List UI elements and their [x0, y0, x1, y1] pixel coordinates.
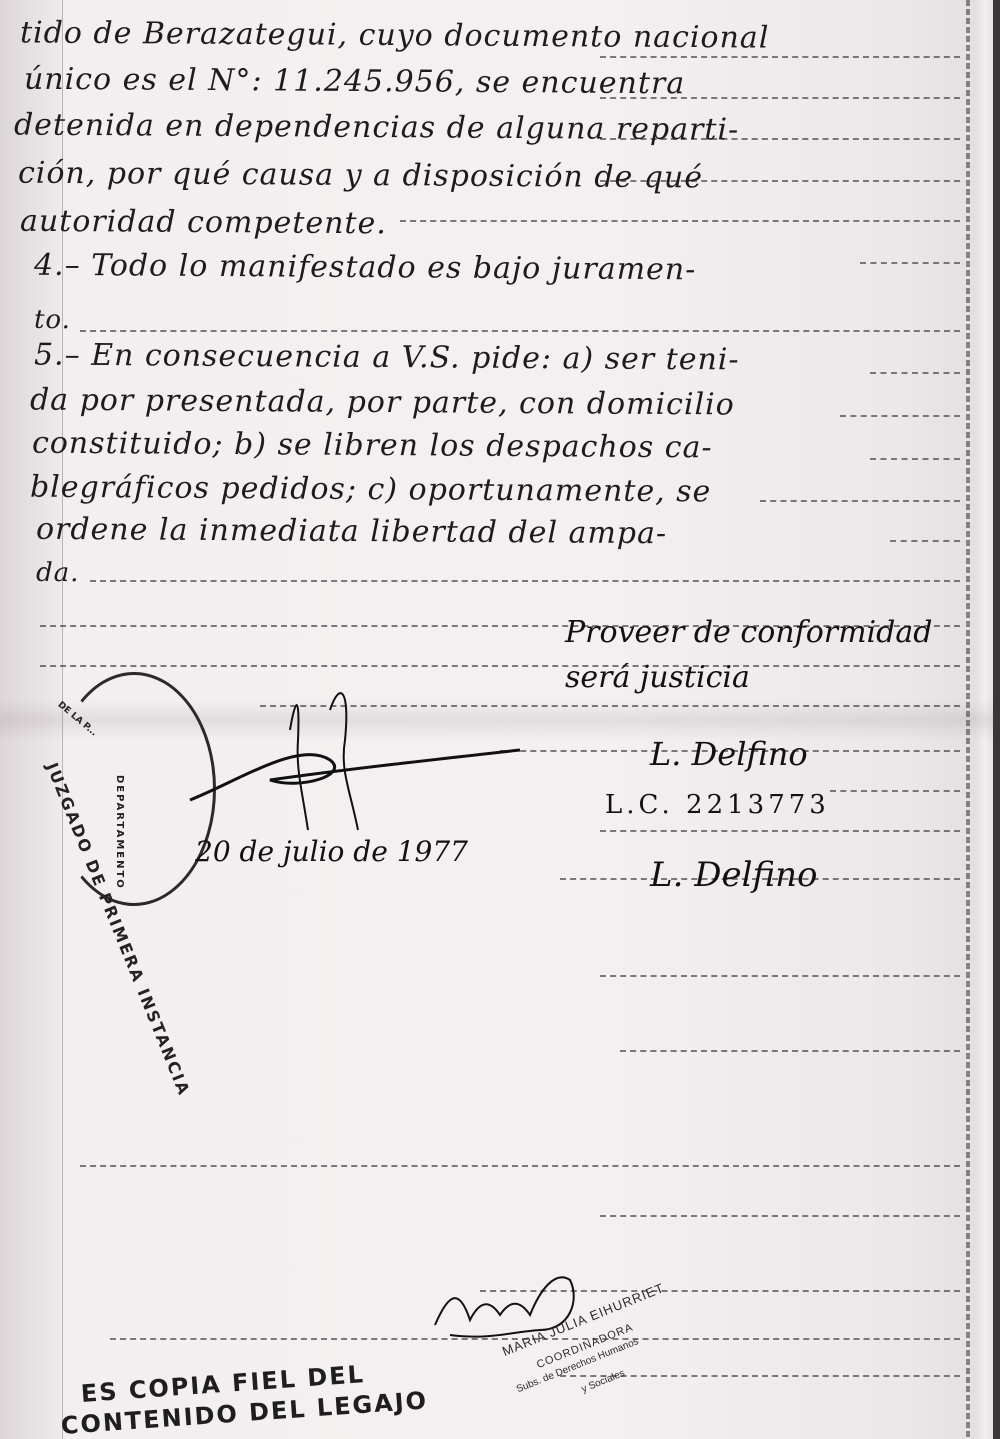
date: 20 de julio de 1977: [195, 835, 468, 868]
body-line: ción, por qué causa y a disposición de q…: [18, 156, 703, 196]
body-line: constituido; b) se libren los despachos …: [32, 426, 713, 466]
ruled-line: [600, 1215, 960, 1217]
ruled-line: [400, 220, 960, 222]
ruled-line: [90, 580, 960, 582]
body-line: único es el N°: 11.245.956, se encuentra: [24, 62, 685, 102]
ruled-line: [600, 830, 960, 832]
body-line: 5.– En consecuencia a V.S. pide: a) ser …: [34, 338, 740, 378]
ruled-line: [760, 500, 960, 502]
closing-line-1: Proveer de conformidad: [565, 615, 932, 650]
ruled-line: [40, 665, 960, 667]
body-line: da.: [36, 558, 80, 588]
document-page: tido de Berazategui, cuyo documento naci…: [0, 0, 1000, 1439]
petitioner-signature-2: L. Delfino: [650, 855, 818, 895]
ruled-line: [890, 540, 960, 542]
ruled-line: [870, 372, 960, 374]
ruled-line: [870, 458, 960, 460]
ruled-line: [840, 415, 960, 417]
judge-signature-icon: [180, 680, 520, 840]
ruled-line: [80, 1165, 960, 1167]
court-stamp-inner-text: DEPARTAMENTO: [114, 775, 125, 890]
body-line: ordene la inmediata libertad del ampa-: [36, 512, 667, 551]
ruled-line: [860, 262, 960, 264]
body-line: da por presentada, por parte, con domici…: [30, 383, 735, 423]
ruled-line: [600, 975, 960, 977]
coordinator-stamp-dept-2: y Sociales: [580, 1368, 626, 1395]
closing-line-2: será justicia: [565, 660, 750, 695]
body-line: autoridad competente.: [20, 204, 387, 242]
page-edge: [993, 0, 1000, 1439]
body-line: 4.– Todo lo manifestado es bajo juramen-: [34, 248, 697, 288]
body-line: tido de Berazategui, cuyo documento naci…: [20, 15, 770, 55]
ruled-line: [600, 56, 960, 58]
petitioner-signature-1: L. Delfino: [650, 735, 808, 773]
body-line: detenida en dependencias de alguna repar…: [14, 107, 739, 147]
body-line: blegráficos pedidos; c) oportunamente, s…: [30, 470, 712, 510]
ruled-line: [80, 330, 960, 332]
ruled-line: [830, 790, 960, 792]
right-margin-line: [966, 0, 970, 1439]
petitioner-id: L.C. 2213773: [605, 790, 830, 820]
ruled-line: [620, 1050, 960, 1052]
body-line: to.: [34, 305, 71, 335]
